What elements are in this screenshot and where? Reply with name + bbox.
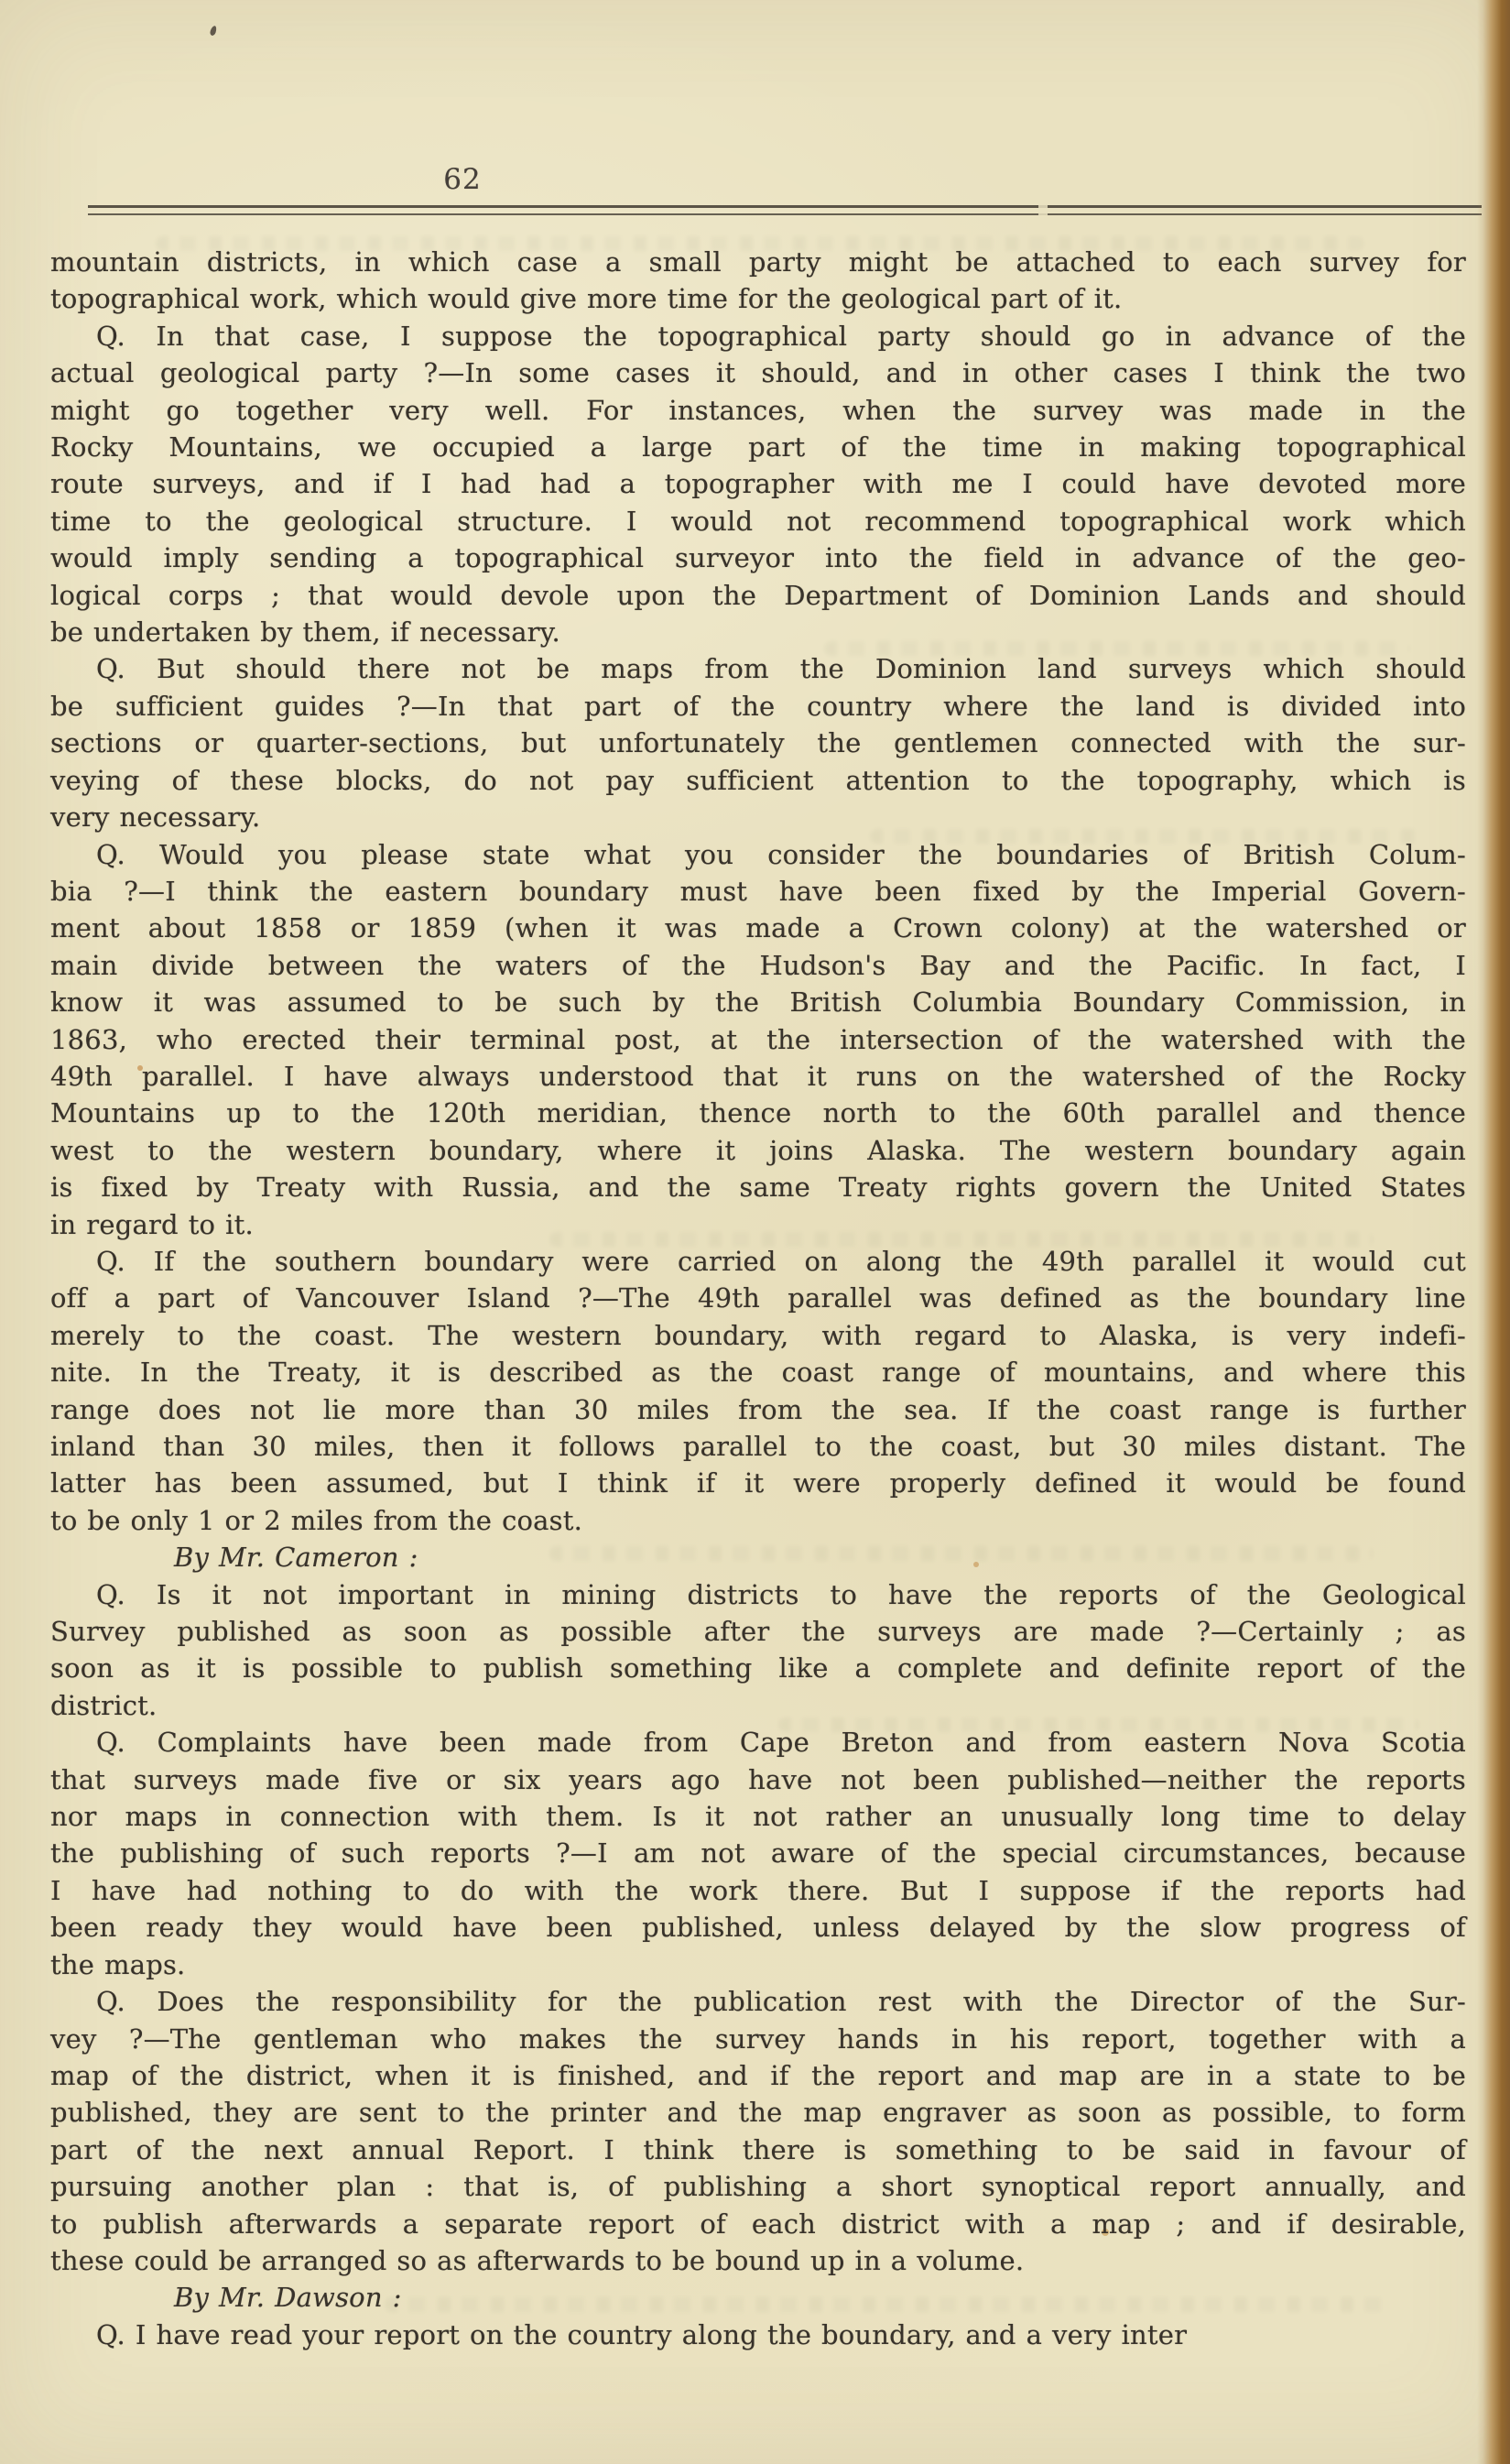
text-line: Mountains up to the 120th meridian, then… [50,1095,1466,1131]
text-line: mountain districts, in which case a smal… [50,244,1466,280]
text-line: Q. I have read your report on the countr… [50,2317,1466,2353]
rule-bottom [88,213,1482,215]
text-line: I have had nothing to do with the work t… [50,1872,1466,1909]
text-line: nite. In the Treaty, it is described as … [50,1354,1466,1390]
text-line: Q. Complaints have been made from Cape B… [50,1724,1466,1761]
text-line: know it was assumed to be such by the Br… [50,984,1466,1020]
text-line: to publish afterwards a separate report … [50,2206,1466,2242]
text-line: logical corps ; that would devole upon t… [50,577,1466,614]
text-line: in regard to it. [50,1206,1466,1243]
text-line: nor maps in connection with them. Is it … [50,1798,1466,1835]
ink-speck [209,25,217,36]
text-line: off a part of Vancouver Island ?—The 49t… [50,1280,1466,1316]
text-line: very necessary. [50,799,1466,835]
text-line: be sufficient guides ?—In that part of t… [50,688,1466,725]
text-line: Rocky Mountains, we occupied a large par… [50,429,1466,465]
rule-top [88,205,1482,208]
text-line: 49th parallel. I have always understood … [50,1058,1466,1095]
text-line: district. [50,1687,1466,1724]
double-rule [88,205,1482,215]
text-line: ment about 1858 or 1859 (when it was mad… [50,910,1466,946]
text-line: 1863, who erected their terminal post, a… [50,1021,1466,1058]
text-line: route surveys, and if I had had a topogr… [50,465,1466,502]
page-edge [1477,0,1510,2464]
text-line: Q. Would you please state what you consi… [50,836,1466,873]
text-line: main divide between the waters of the Hu… [50,947,1466,984]
speaker-attribution: By Mr. Cameron : [174,1539,1466,1575]
text-line: that surveys made five or six years ago … [50,1761,1466,1798]
text-line: map of the district, when it is finished… [50,2057,1466,2094]
text-line: part of the next annual Report. I think … [50,2131,1466,2168]
text-line: to be only 1 or 2 miles from the coast. [50,1502,1466,1539]
text-line: vey ?—The gentleman who makes the survey… [50,2021,1466,2057]
text-line: the publishing of such reports ?—I am no… [50,1835,1466,1871]
text-line: range does not lie more than 30 miles fr… [50,1391,1466,1428]
text-line: these could be arranged so as afterwards… [50,2242,1466,2279]
text-line: latter has been assumed, but I think if … [50,1465,1466,1501]
text-line: might go together very well. For instanc… [50,392,1466,429]
text-line: inland than 30 miles, then it follows pa… [50,1428,1466,1465]
text-line: Q. Is it not important in mining distric… [50,1576,1466,1613]
text-line: is fixed by Treaty with Russia, and the … [50,1169,1466,1205]
text-line: pursuing another plan : that is, of publ… [50,2168,1466,2205]
text-line: topographical work, which would give mor… [50,280,1466,317]
text-line: would imply sending a topographical surv… [50,540,1466,576]
speaker-attribution: By Mr. Dawson : [174,2279,1466,2316]
text-block: mountain districts, in which case a smal… [50,244,1466,2353]
text-line: Q. In that case, I suppose the topograph… [50,318,1466,354]
text-line: soon as it is possible to publish someth… [50,1650,1466,1686]
scanned-document-page: 62 mountain districts, in which case a s… [0,0,1510,2464]
text-line: sections or quarter-sections, but unfort… [50,725,1466,761]
text-line: been ready they would have been publishe… [50,1909,1466,1946]
text-line: be undertaken by them, if necessary. [50,614,1466,650]
page-number: 62 [430,163,494,196]
text-line: veying of these blocks, do not pay suffi… [50,762,1466,799]
text-line: the maps. [50,1946,1466,1983]
text-line: bia ?—I think the eastern boundary must … [50,873,1466,910]
text-line: Q. Does the responsibility for the publi… [50,1983,1466,2020]
text-line: west to the western boundary, where it j… [50,1132,1466,1169]
text-line: actual geological party ?—In some cases … [50,354,1466,391]
text-line: merely to the coast. The western boundar… [50,1317,1466,1354]
text-line: Q. But should there not be maps from the… [50,650,1466,687]
text-line: time to the geological structure. I woul… [50,503,1466,540]
text-line: Q. If the southern boundary were carried… [50,1243,1466,1280]
text-line: Survey published as soon as possible aft… [50,1613,1466,1650]
text-line: published, they are sent to the printer … [50,2094,1466,2131]
